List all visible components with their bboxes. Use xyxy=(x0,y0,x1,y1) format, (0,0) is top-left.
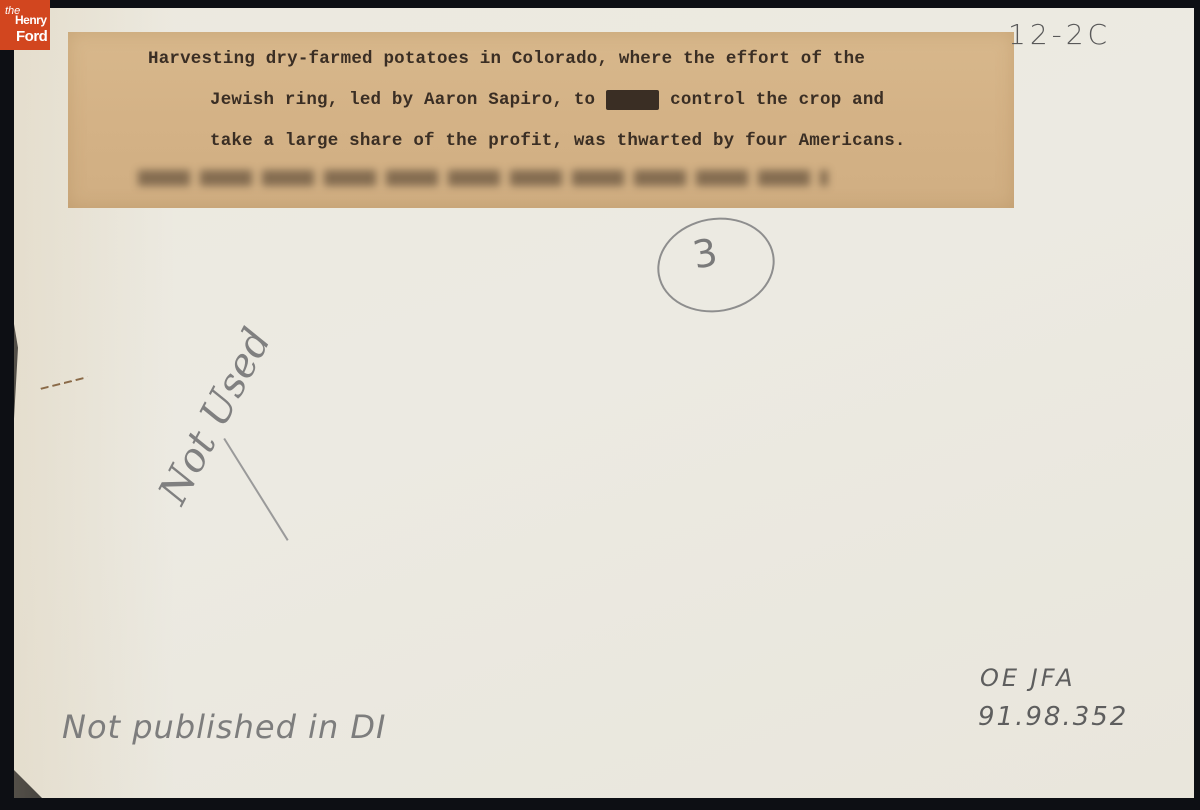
caption-line-3: take a large share of the profit, was th… xyxy=(210,131,906,151)
caption-line-2-start: Jewish ring, led by Aaron Sapiro, to xyxy=(210,90,606,110)
handwritten-accession-number: 91.98.352 xyxy=(978,702,1128,732)
handwritten-not-published-note: Not published in DI xyxy=(62,708,386,746)
logo-henry: Henry xyxy=(15,14,47,26)
typed-caption-clipping: Harvesting dry-farmed potatoes in Colora… xyxy=(68,32,1014,208)
caption-line-1: Harvesting dry-farmed potatoes in Colora… xyxy=(148,49,865,69)
handwritten-collection-code: OE JFA xyxy=(980,664,1076,692)
caption-line-2-end: control the crop and xyxy=(659,90,884,110)
handwritten-catalog-code: 12-2C xyxy=(1008,18,1111,51)
henry-ford-logo: the Henry Ford xyxy=(0,0,50,50)
struck-out-word: aaaaa xyxy=(606,90,660,110)
blurred-credit-line xyxy=(138,170,828,186)
caption-line-2: Jewish ring, led by Aaron Sapiro, to aaa… xyxy=(210,90,884,110)
logo-ford: Ford xyxy=(16,29,47,44)
circled-number-text: 3 xyxy=(689,230,720,278)
